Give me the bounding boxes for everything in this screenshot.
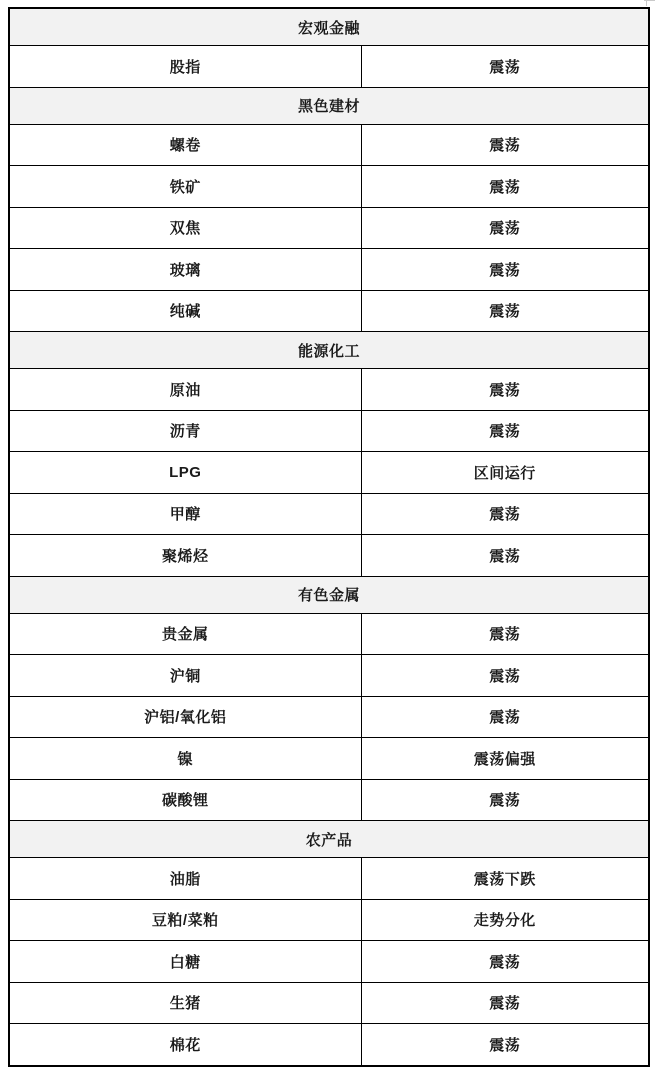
commodity-cell: 玻璃: [9, 249, 361, 291]
table-row: 碳酸锂震荡: [9, 779, 649, 821]
table-row: 甲醇震荡: [9, 493, 649, 535]
table-row: 油脂震荡下跌: [9, 858, 649, 900]
trend-cell: 震荡: [361, 46, 649, 88]
section-title: 宏观金融: [9, 8, 649, 46]
page: 宏观金融股指震荡黑色建材螺卷震荡铁矿震荡双焦震荡玻璃震荡纯碱震荡能源化工原油震荡…: [0, 0, 655, 1067]
commodity-cell: 聚烯烃: [9, 535, 361, 577]
trend-cell: 区间运行: [361, 452, 649, 494]
commodity-cell: 白糖: [9, 941, 361, 983]
trend-cell: 震荡: [361, 696, 649, 738]
trend-cell: 震荡: [361, 369, 649, 411]
table-row: 沪铝/氧化铝震荡: [9, 696, 649, 738]
table-row: 聚烯烃震荡: [9, 535, 649, 577]
section-title: 农产品: [9, 821, 649, 858]
commodity-cell: 沪铜: [9, 655, 361, 697]
trend-cell: 震荡偏强: [361, 738, 649, 780]
section-title: 黑色建材: [9, 87, 649, 124]
trend-cell: 震荡: [361, 124, 649, 166]
section-title: 能源化工: [9, 332, 649, 369]
commodity-cell: 双焦: [9, 207, 361, 249]
table-row: 白糖震荡: [9, 941, 649, 983]
trend-cell: 震荡: [361, 493, 649, 535]
trend-cell: 震荡: [361, 982, 649, 1024]
commodity-cell: 豆粕/菜粕: [9, 899, 361, 941]
trend-cell: 震荡: [361, 613, 649, 655]
table-row: 棉花震荡: [9, 1024, 649, 1066]
commodity-cell: 生猪: [9, 982, 361, 1024]
commodity-cell: 甲醇: [9, 493, 361, 535]
section-header-row: 宏观金融: [9, 8, 649, 46]
table-row: 股指震荡: [9, 46, 649, 88]
table-row: LPG区间运行: [9, 452, 649, 494]
trend-cell: 走势分化: [361, 899, 649, 941]
commodity-cell: 原油: [9, 369, 361, 411]
table-body: 宏观金融股指震荡黑色建材螺卷震荡铁矿震荡双焦震荡玻璃震荡纯碱震荡能源化工原油震荡…: [9, 8, 649, 1066]
trend-cell: 震荡: [361, 1024, 649, 1066]
commodity-cell: 股指: [9, 46, 361, 88]
screenshot-artifact: [646, 0, 647, 6]
commodity-cell: LPG: [9, 452, 361, 494]
commodity-cell: 沥青: [9, 410, 361, 452]
commodity-cell: 贵金属: [9, 613, 361, 655]
trend-cell: 震荡: [361, 290, 649, 332]
table-row: 沪铜震荡: [9, 655, 649, 697]
table-row: 双焦震荡: [9, 207, 649, 249]
table-row: 豆粕/菜粕走势分化: [9, 899, 649, 941]
trend-cell: 震荡: [361, 207, 649, 249]
table-row: 螺卷震荡: [9, 124, 649, 166]
commodity-cell: 螺卷: [9, 124, 361, 166]
commodity-cell: 碳酸锂: [9, 779, 361, 821]
section-header-row: 能源化工: [9, 332, 649, 369]
commodity-cell: 棉花: [9, 1024, 361, 1066]
section-header-row: 有色金属: [9, 576, 649, 613]
trend-cell: 震荡: [361, 410, 649, 452]
trend-cell: 震荡: [361, 249, 649, 291]
section-title: 有色金属: [9, 576, 649, 613]
commodity-cell: 沪铝/氧化铝: [9, 696, 361, 738]
table-row: 原油震荡: [9, 369, 649, 411]
commodity-cell: 铁矿: [9, 166, 361, 208]
table-row: 生猪震荡: [9, 982, 649, 1024]
trend-cell: 震荡: [361, 166, 649, 208]
table-row: 玻璃震荡: [9, 249, 649, 291]
trend-cell: 震荡: [361, 779, 649, 821]
table-row: 沥青震荡: [9, 410, 649, 452]
table-row: 铁矿震荡: [9, 166, 649, 208]
table-row: 贵金属震荡: [9, 613, 649, 655]
section-header-row: 黑色建材: [9, 87, 649, 124]
table-row: 镍震荡偏强: [9, 738, 649, 780]
section-header-row: 农产品: [9, 821, 649, 858]
trend-cell: 震荡下跌: [361, 858, 649, 900]
market-outlook-table: 宏观金融股指震荡黑色建材螺卷震荡铁矿震荡双焦震荡玻璃震荡纯碱震荡能源化工原油震荡…: [8, 7, 650, 1067]
commodity-cell: 镍: [9, 738, 361, 780]
commodity-cell: 纯碱: [9, 290, 361, 332]
commodity-cell: 油脂: [9, 858, 361, 900]
trend-cell: 震荡: [361, 535, 649, 577]
trend-cell: 震荡: [361, 655, 649, 697]
table-row: 纯碱震荡: [9, 290, 649, 332]
trend-cell: 震荡: [361, 941, 649, 983]
